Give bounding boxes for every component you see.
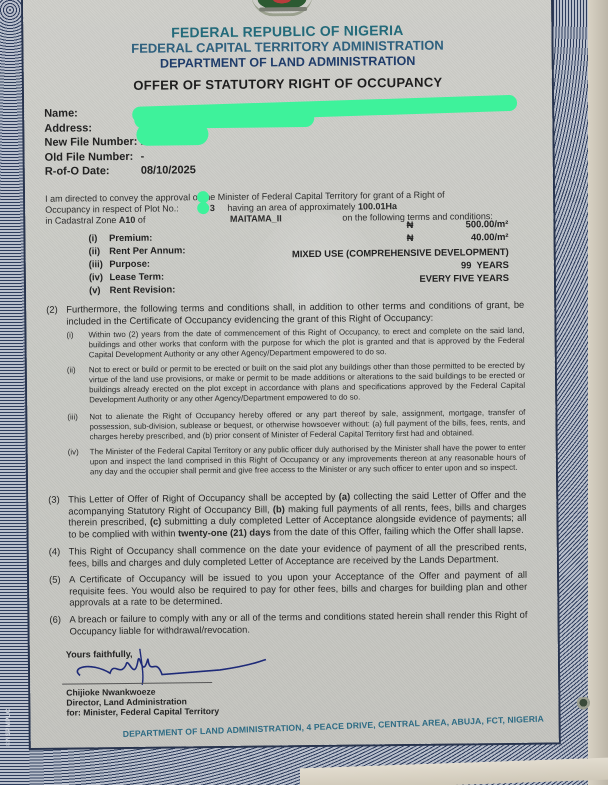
paragraph-number: (5) [49, 574, 61, 586]
term-value: EVERY FIVE YEARS [419, 272, 509, 284]
signatory-on-behalf: for: Minister, Federal Capital Territory [66, 706, 219, 718]
term-label: Premium: [109, 232, 152, 243]
term-label: Purpose: [109, 258, 150, 269]
term-value: 500.00/m² [466, 218, 509, 229]
text-run: (a) [339, 491, 351, 502]
paragraph-text: A breach or failure to comply with any o… [69, 609, 527, 637]
clause-number: (iii) [67, 412, 78, 422]
term-label: Lease Term: [109, 271, 164, 283]
background-surface [588, 0, 608, 785]
term-number: (iv) [89, 271, 107, 282]
plot-area: 100.01Ha [358, 201, 397, 211]
term-value: 99 YEARS [461, 259, 509, 270]
text-run: from the date of this Offer, failing whi… [271, 523, 524, 537]
paragraph-text: This Right of Occupancy shall commence o… [69, 541, 527, 569]
field-value: 08/10/2025 [141, 164, 196, 179]
sub-clause: (iii) Not to alienate the Right of Occup… [67, 408, 525, 443]
field-label: Address: [44, 121, 140, 137]
clause-number: (i) [66, 330, 73, 340]
paragraph-2: (2) Furthermore, the following terms and… [46, 299, 524, 327]
term-label: Rent Revision: [110, 283, 176, 295]
intro-text: in Cadastral Zone [45, 215, 116, 226]
signature-icon [70, 645, 270, 687]
clause-text: Within two (2) years from the date of co… [88, 326, 524, 361]
redaction-mark [197, 202, 209, 214]
paragraph-3: (3) This Letter of Offer of Right of Occ… [48, 489, 526, 540]
sub-clause: (ii) Not to erect or build or permit to … [67, 361, 525, 406]
term-number: (ii) [89, 245, 107, 256]
paragraph-4: (4) This Right of Occupancy shall commen… [49, 541, 527, 569]
paragraph-5: (5) A Certificate of Occupancy will be i… [49, 569, 527, 609]
coat-of-arms-icon [576, 697, 590, 711]
sub-clause: (i) Within two (2) years from the date o… [66, 326, 524, 361]
text-run: (b) [273, 503, 285, 514]
term-number: (iii) [89, 258, 107, 269]
clause-text: Not to alienate the Right of Occupancy h… [89, 408, 525, 443]
paragraph-6: (6) A breach or failure to comply with a… [49, 609, 527, 637]
text-run: twenty-one (21) days [178, 526, 271, 538]
signatory: Chijioke Nwankwoeze Director, Land Admin… [66, 686, 219, 718]
field-rofo-date: R-of-O Date: 08/10/2025 [45, 162, 363, 180]
paragraph-number: (2) [46, 304, 58, 316]
paragraph-text: Furthermore, the following terms and con… [66, 299, 524, 327]
field-label: R-of-O Date: [45, 165, 141, 181]
term-number: (v) [89, 284, 107, 295]
intro-paragraph: I am directed to convey the approval of … [45, 189, 505, 227]
term-label: Rent Per Annum: [109, 244, 185, 256]
paragraph-number: (3) [48, 494, 60, 506]
term-value: 40.00/m² [471, 231, 509, 242]
document-title: OFFER OF STATUTORY RIGHT OF OCCUPANCY [24, 73, 552, 94]
field-label: New File Number: [44, 136, 140, 152]
cadastral-zone: A10 [119, 215, 136, 225]
naira-icon: ₦ [407, 219, 414, 230]
field-label: Old File Number: [45, 150, 141, 166]
coat-of-arms-motto [259, 7, 307, 12]
intro-text: Occupancy in respect of Plot No.: [45, 203, 179, 214]
paragraph-text: A Certificate of Occupancy will be issue… [69, 569, 527, 608]
footer-address: DEPARTMENT OF LAND ADMINISTRATION, 4 PEA… [123, 714, 544, 739]
paragraph-number: (4) [49, 546, 61, 558]
paragraph-number: (6) [49, 614, 61, 626]
sub-clause: (iv) The Minister of the Federal Capital… [68, 443, 526, 478]
terms-list: (i) Premium: ₦ 500.00/m² (ii) Rent Per A… [88, 228, 509, 297]
clause-number: (ii) [67, 365, 76, 375]
term-number: (i) [88, 232, 106, 243]
clause-text: The Minister of the Federal Capital Terr… [90, 443, 526, 478]
paragraph-text: This Letter of Offer of Right of Occupan… [68, 489, 526, 540]
text-run: (c) [150, 516, 162, 527]
term-value: MIXED USE (COMPREHENSIVE DEVELOPMENT) [292, 246, 509, 259]
intro-text: having an area of approximately [227, 202, 355, 213]
field-value: - [141, 150, 145, 165]
naira-icon: ₦ [407, 232, 414, 243]
clause-text: Not to erect or build or permit to be er… [89, 361, 525, 406]
field-label: Name: [44, 107, 140, 123]
clause-number: (iv) [68, 447, 79, 457]
district-name: MAITAMA_II [230, 213, 282, 224]
document-page: FEDERAL REPUBLIC OF NIGERIA FEDERAL CAPI… [23, 0, 559, 748]
intro-text: of [138, 215, 146, 225]
redaction-mark [136, 123, 208, 146]
printer-mark: ©NSPMPLC [6, 708, 12, 746]
